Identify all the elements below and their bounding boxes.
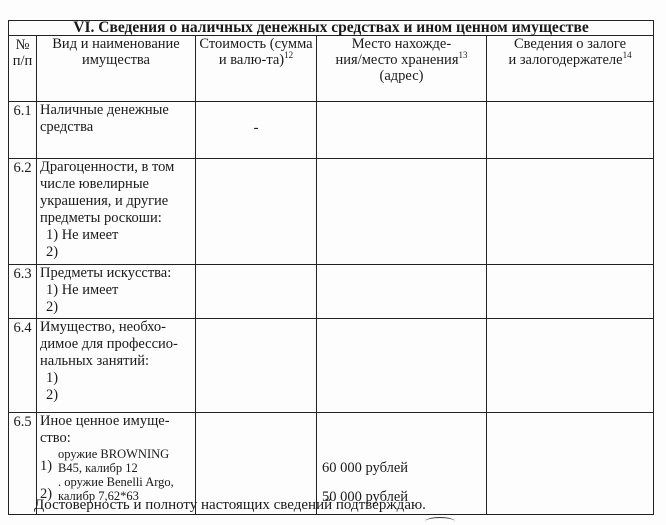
row-item: 1) оружие BROWNING B45, калибр 12 bbox=[40, 447, 192, 475]
table-row: 6.4 Имущество, необхо-димое для професси… bbox=[9, 319, 654, 413]
row-num: 6.5 bbox=[9, 413, 37, 515]
row-cost: - bbox=[196, 102, 317, 159]
header-pledge: Сведения о залоге и залогодержателе14 bbox=[487, 36, 654, 102]
section-title: VI. Сведения о наличных денежных средств… bbox=[9, 21, 654, 36]
row-cost bbox=[196, 265, 317, 319]
header-name: Вид и наименование имущества bbox=[37, 36, 196, 102]
document-page: VI. Сведения о наличных денежных средств… bbox=[0, 0, 666, 525]
row-cost bbox=[196, 159, 317, 265]
table-row: 6.3 Предметы искусства: 1) Не имеет 2) bbox=[9, 265, 654, 319]
signature-mark bbox=[425, 517, 455, 525]
row-pledge bbox=[487, 413, 654, 515]
row-name: Имущество, необхо-димое для профессио-на… bbox=[37, 319, 196, 413]
row-location bbox=[317, 159, 487, 265]
row-item: 2) bbox=[40, 244, 192, 261]
table-row: 6.1 Наличные денежные средства - bbox=[9, 102, 654, 159]
header-num: № п/п bbox=[9, 36, 37, 102]
row-pledge bbox=[487, 319, 654, 413]
row-num: 6.2 bbox=[9, 159, 37, 265]
row-location bbox=[317, 102, 487, 159]
row-location bbox=[317, 265, 487, 319]
row-item: 1) Не имеет bbox=[40, 227, 192, 244]
row-cost bbox=[196, 319, 317, 413]
header-cost: Стоимость (сумма и валю-та)12 bbox=[196, 36, 317, 102]
row-item: 1) Не имеет bbox=[40, 282, 192, 299]
row-item: 2) bbox=[40, 387, 192, 404]
row-pledge bbox=[487, 265, 654, 319]
row-name: Предметы искусства: 1) Не имеет 2) bbox=[37, 265, 196, 319]
value-1: 60 000 рублей bbox=[322, 460, 483, 477]
row-num: 6.3 bbox=[9, 265, 37, 319]
row-name: Наличные денежные средства bbox=[37, 102, 196, 159]
property-table: VI. Сведения о наличных денежных средств… bbox=[8, 20, 654, 515]
header-location: Место нахожде- ния/место хранения13 (адр… bbox=[317, 36, 487, 102]
row-location bbox=[317, 319, 487, 413]
table-row: 6.2 Драгоценности, в том числе ювелирные… bbox=[9, 159, 654, 265]
row-pledge bbox=[487, 159, 654, 265]
confirmation-statement: Достоверность и полноту настоящих сведен… bbox=[34, 497, 426, 514]
row-num: 6.4 bbox=[9, 319, 37, 413]
row-pledge bbox=[487, 102, 654, 159]
row-item: 1) bbox=[40, 370, 192, 387]
row-item: 2) bbox=[40, 299, 192, 316]
row-name: Драгоценности, в том числе ювелирные укр… bbox=[37, 159, 196, 265]
row-num: 6.1 bbox=[9, 102, 37, 159]
